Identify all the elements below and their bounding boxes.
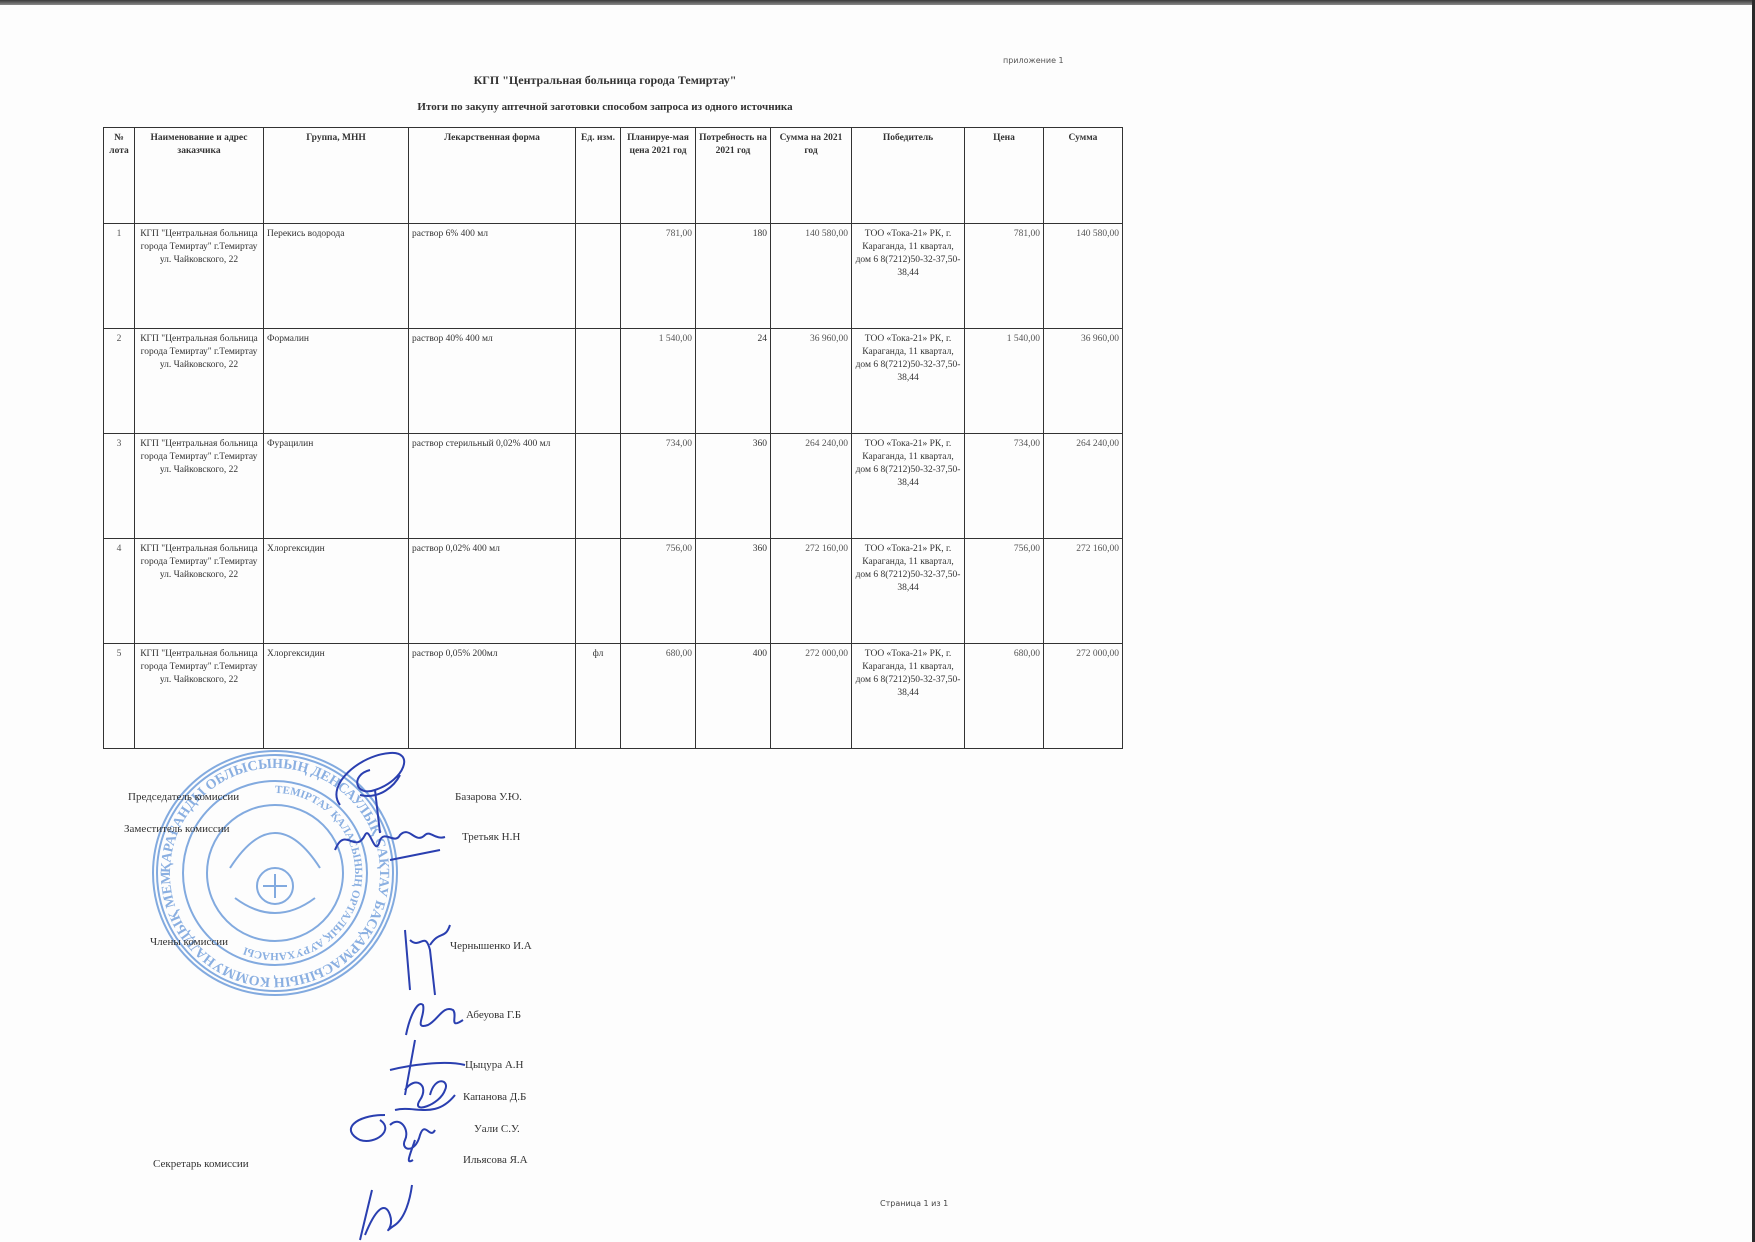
column-header-customer: Наименование и адрес заказчика	[135, 128, 264, 224]
procurement-results-table: № лота Наименование и адрес заказчика Гр…	[103, 127, 1123, 749]
cell-unit	[576, 224, 621, 329]
cell-customer: КГП "Центральная больница города Темирта…	[135, 224, 264, 329]
cell-sum: 272 160,00	[1044, 539, 1123, 644]
cell-sum: 140 580,00	[1044, 224, 1123, 329]
appendix-label: приложение 1	[1003, 56, 1064, 65]
cell-planned-price: 756,00	[621, 539, 696, 644]
column-header-price: Цена	[965, 128, 1044, 224]
cell-planned-price: 1 540,00	[621, 329, 696, 434]
table-row: 4 КГП "Центральная больница города Темир…	[104, 539, 1123, 644]
cell-lot: 3	[104, 434, 135, 539]
document-subtitle: Итоги по закупу аптечной заготовки спосо…	[0, 101, 1210, 113]
member-name-5: Уали С.У.	[474, 1123, 520, 1135]
cell-price: 734,00	[965, 434, 1044, 539]
page-number: Страница 1 из 1	[880, 1199, 948, 1208]
secretary-signature	[350, 1180, 420, 1242]
cell-sum: 264 240,00	[1044, 434, 1123, 539]
cell-customer: КГП "Центральная больница города Темирта…	[135, 644, 264, 749]
organization-title: КГП "Центральная больница города Темирта…	[0, 73, 1210, 88]
cell-winner: ТОО «Тока-21» РК, г. Караганда, 11 кварт…	[852, 329, 965, 434]
member-name-4: Капанова Д.Б	[463, 1091, 526, 1103]
cell-unit	[576, 329, 621, 434]
column-header-sum: Сумма	[1044, 128, 1123, 224]
cell-winner: ТОО «Тока-21» РК, г. Караганда, 11 кварт…	[852, 224, 965, 329]
table-row: 1 КГП "Центральная больница города Темир…	[104, 224, 1123, 329]
member-name-1: Чернышенко И.А	[450, 940, 532, 952]
column-header-planned-sum: Сумма на 2021 год	[771, 128, 852, 224]
cell-planned-price: 781,00	[621, 224, 696, 329]
cell-group: Фурацилин	[264, 434, 409, 539]
cell-customer: КГП "Центральная больница города Темирта…	[135, 434, 264, 539]
member-name-2: Абеуова Г.Б	[466, 1009, 521, 1021]
cell-group: Хлоргексидин	[264, 539, 409, 644]
member-5-signature	[335, 1100, 445, 1170]
cell-lot: 2	[104, 329, 135, 434]
table-header-row: № лота Наименование и адрес заказчика Гр…	[104, 128, 1123, 224]
cell-form: раствор стерильный 0,02% 400 мл	[409, 434, 576, 539]
members-label: Члены комиссии	[150, 936, 228, 948]
cell-planned-sum: 36 960,00	[771, 329, 852, 434]
cell-sum: 272 000,00	[1044, 644, 1123, 749]
column-header-group: Группа, МНН	[264, 128, 409, 224]
cell-planned-sum: 140 580,00	[771, 224, 852, 329]
cell-planned-price: 734,00	[621, 434, 696, 539]
chairman-name: Базарова У.Ю.	[455, 791, 522, 803]
cell-planned-sum: 272 000,00	[771, 644, 852, 749]
column-header-form: Лекарственная форма	[409, 128, 576, 224]
cell-lot: 5	[104, 644, 135, 749]
cell-group: Хлоргексидин	[264, 644, 409, 749]
member-1-signature	[395, 920, 455, 1000]
column-header-planned-price: Планируе-мая цена 2021 год	[621, 128, 696, 224]
cell-price: 781,00	[965, 224, 1044, 329]
cell-form: раствор 0,02% 400 мл	[409, 539, 576, 644]
member-name-3: Цыцура А.Н	[465, 1059, 524, 1071]
cell-price: 1 540,00	[965, 329, 1044, 434]
deputy-label: Заместитель комиссии	[124, 823, 230, 835]
table-row: 2 КГП "Центральная больница города Темир…	[104, 329, 1123, 434]
cell-group: Перекись водорода	[264, 224, 409, 329]
cell-group: Формалин	[264, 329, 409, 434]
cell-planned-sum: 264 240,00	[771, 434, 852, 539]
cell-need: 360	[696, 539, 771, 644]
cell-winner: ТОО «Тока-21» РК, г. Караганда, 11 кварт…	[852, 644, 965, 749]
cell-sum: 36 960,00	[1044, 329, 1123, 434]
column-header-lot: № лота	[104, 128, 135, 224]
column-header-need: Потребность на 2021 год	[696, 128, 771, 224]
cell-form: раствор 40% 400 мл	[409, 329, 576, 434]
cell-need: 400	[696, 644, 771, 749]
chairman-label: Председатель комиссии	[128, 791, 239, 803]
cell-customer: КГП "Центральная больница города Темирта…	[135, 539, 264, 644]
cell-planned-sum: 272 160,00	[771, 539, 852, 644]
table-row: 5 КГП "Центральная больница города Темир…	[104, 644, 1123, 749]
cell-price: 756,00	[965, 539, 1044, 644]
secretary-label: Секретарь комиссии	[153, 1158, 249, 1170]
scan-edge-top	[0, 0, 1755, 5]
cell-winner: ТОО «Тока-21» РК, г. Караганда, 11 кварт…	[852, 434, 965, 539]
cell-lot: 4	[104, 539, 135, 644]
cell-need: 180	[696, 224, 771, 329]
cell-customer: КГП "Центральная больница города Темирта…	[135, 329, 264, 434]
deputy-signature	[330, 815, 450, 875]
cell-price: 680,00	[965, 644, 1044, 749]
cell-winner: ТОО «Тока-21» РК, г. Караганда, 11 кварт…	[852, 539, 965, 644]
column-header-winner: Победитель	[852, 128, 965, 224]
deputy-name: Третьяк Н.Н	[462, 831, 520, 843]
cell-planned-price: 680,00	[621, 644, 696, 749]
cell-need: 24	[696, 329, 771, 434]
table-row: 3 КГП "Центральная больница города Темир…	[104, 434, 1123, 539]
cell-form: раствор 6% 400 мл	[409, 224, 576, 329]
cell-form: раствор 0,05% 200мл	[409, 644, 576, 749]
cell-unit	[576, 434, 621, 539]
cell-lot: 1	[104, 224, 135, 329]
secretary-name: Ильясова Я.А	[463, 1154, 528, 1166]
cell-need: 360	[696, 434, 771, 539]
cell-unit: фл	[576, 644, 621, 749]
cell-unit	[576, 539, 621, 644]
column-header-unit: Ед. изм.	[576, 128, 621, 224]
